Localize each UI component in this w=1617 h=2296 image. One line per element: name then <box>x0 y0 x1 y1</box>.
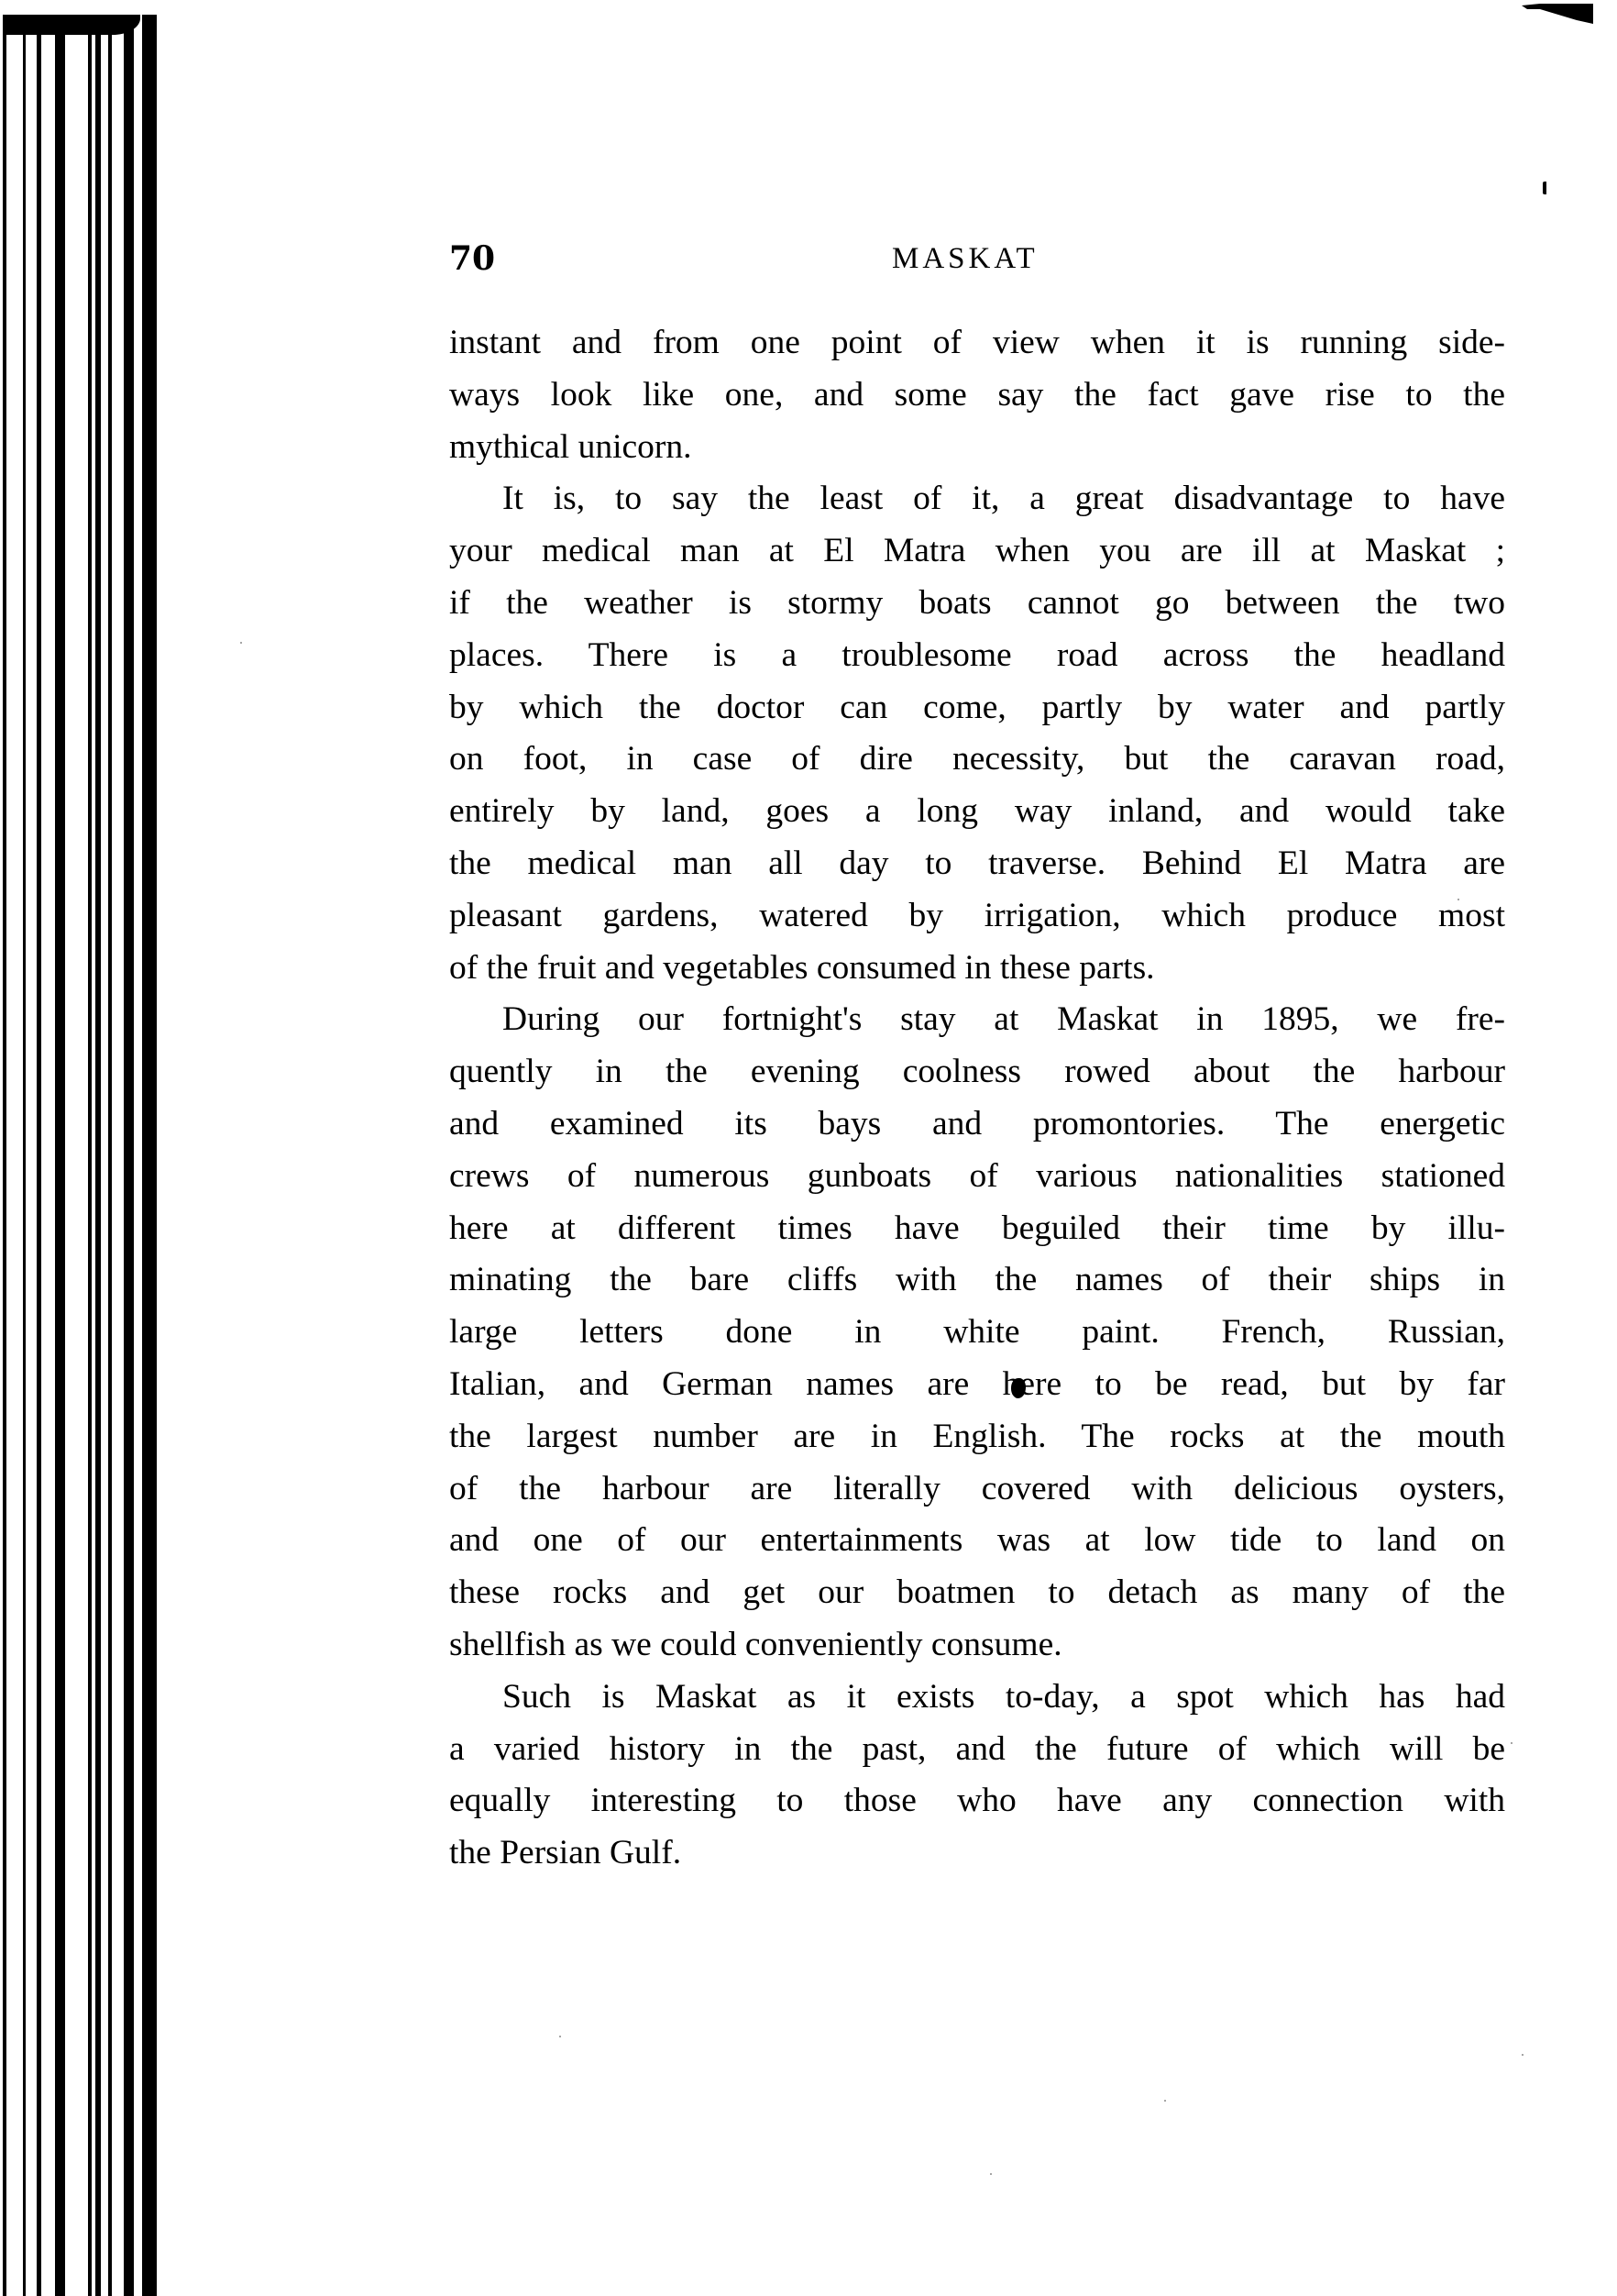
text-line: quently in the evening coolness rowed ab… <box>449 1046 1505 1098</box>
text-line: mythical unicorn. <box>449 422 1505 474</box>
text-line: here at different times have beguiled th… <box>449 1203 1505 1255</box>
text-line: your medical man at El Matra when you ar… <box>449 525 1505 578</box>
paragraph: instant and from one point of view when … <box>449 317 1505 473</box>
speck <box>559 2036 561 2037</box>
speck <box>1164 2100 1166 2102</box>
text-line: minating the bare cliffs with the names … <box>449 1254 1505 1307</box>
text-line: the largest number are in English. The r… <box>449 1411 1505 1463</box>
text-line: crews of numerous gunboats of various na… <box>449 1151 1505 1203</box>
text-line: During our fortnight's stay at Maskat in… <box>449 994 1505 1046</box>
paragraph: During our fortnight's stay at Maskat in… <box>449 994 1505 1671</box>
text-line: of the fruit and vegetables consumed in … <box>449 943 1505 995</box>
paragraph: It is, to say the least of it, a great d… <box>449 473 1505 994</box>
text-line: equally interesting to those who have an… <box>449 1775 1505 1827</box>
text-line: Italian, and German names are here to be… <box>449 1359 1505 1411</box>
speck <box>990 2173 992 2175</box>
text-line: and one of our entertainments was at low… <box>449 1515 1505 1567</box>
speck <box>1511 1742 1512 1744</box>
body-text: instant and from one point of view when … <box>449 317 1505 1880</box>
speck <box>240 642 242 644</box>
text-line: pleasant gardens, watered by irrigation,… <box>449 890 1505 943</box>
text-line: It is, to say the least of it, a great d… <box>449 473 1505 525</box>
text-line: ways look like one, and some say the fac… <box>449 370 1505 422</box>
text-line: the Persian Gulf. <box>449 1827 1505 1880</box>
text-line: these rocks and get our boatmen to detac… <box>449 1567 1505 1619</box>
paragraph: Such is Maskat as it exists to-day, a sp… <box>449 1672 1505 1880</box>
page-number: 70 <box>449 240 495 277</box>
speck <box>1457 899 1459 900</box>
running-head: 70 MASKAT <box>449 240 1503 277</box>
text-line: if the weather is stormy boats cannot go… <box>449 578 1505 630</box>
text-line: of the harbour are literally covered wit… <box>449 1463 1505 1516</box>
text-line: and examined its bays and promontories. … <box>449 1098 1505 1151</box>
text-line: instant and from one point of view when … <box>449 317 1505 370</box>
text-line: large letters done in white paint. Frenc… <box>449 1307 1505 1359</box>
text-line: a varied history in the past, and the fu… <box>449 1724 1505 1776</box>
text-line: shellfish as we could conveniently consu… <box>449 1619 1505 1672</box>
book-page: 70 MASKAT instant and from one point of … <box>0 0 1617 2296</box>
running-title: MASKAT <box>892 240 1039 277</box>
speck <box>1522 2054 1523 2056</box>
text-line: on foot, in case of dire necessity, but … <box>449 734 1505 786</box>
binding-gutter-artifact <box>0 15 165 2296</box>
text-line: entirely by land, goes a long way inland… <box>449 786 1505 838</box>
text-line: Such is Maskat as it exists to-day, a sp… <box>449 1672 1505 1724</box>
text-line: places. There is a troublesome road acro… <box>449 630 1505 682</box>
margin-mark <box>1543 182 1546 194</box>
corner-scan-artifact <box>1522 4 1595 24</box>
text-line: the medical man all day to traverse. Beh… <box>449 838 1505 890</box>
text-line: by which the doctor can come, partly by … <box>449 682 1505 734</box>
